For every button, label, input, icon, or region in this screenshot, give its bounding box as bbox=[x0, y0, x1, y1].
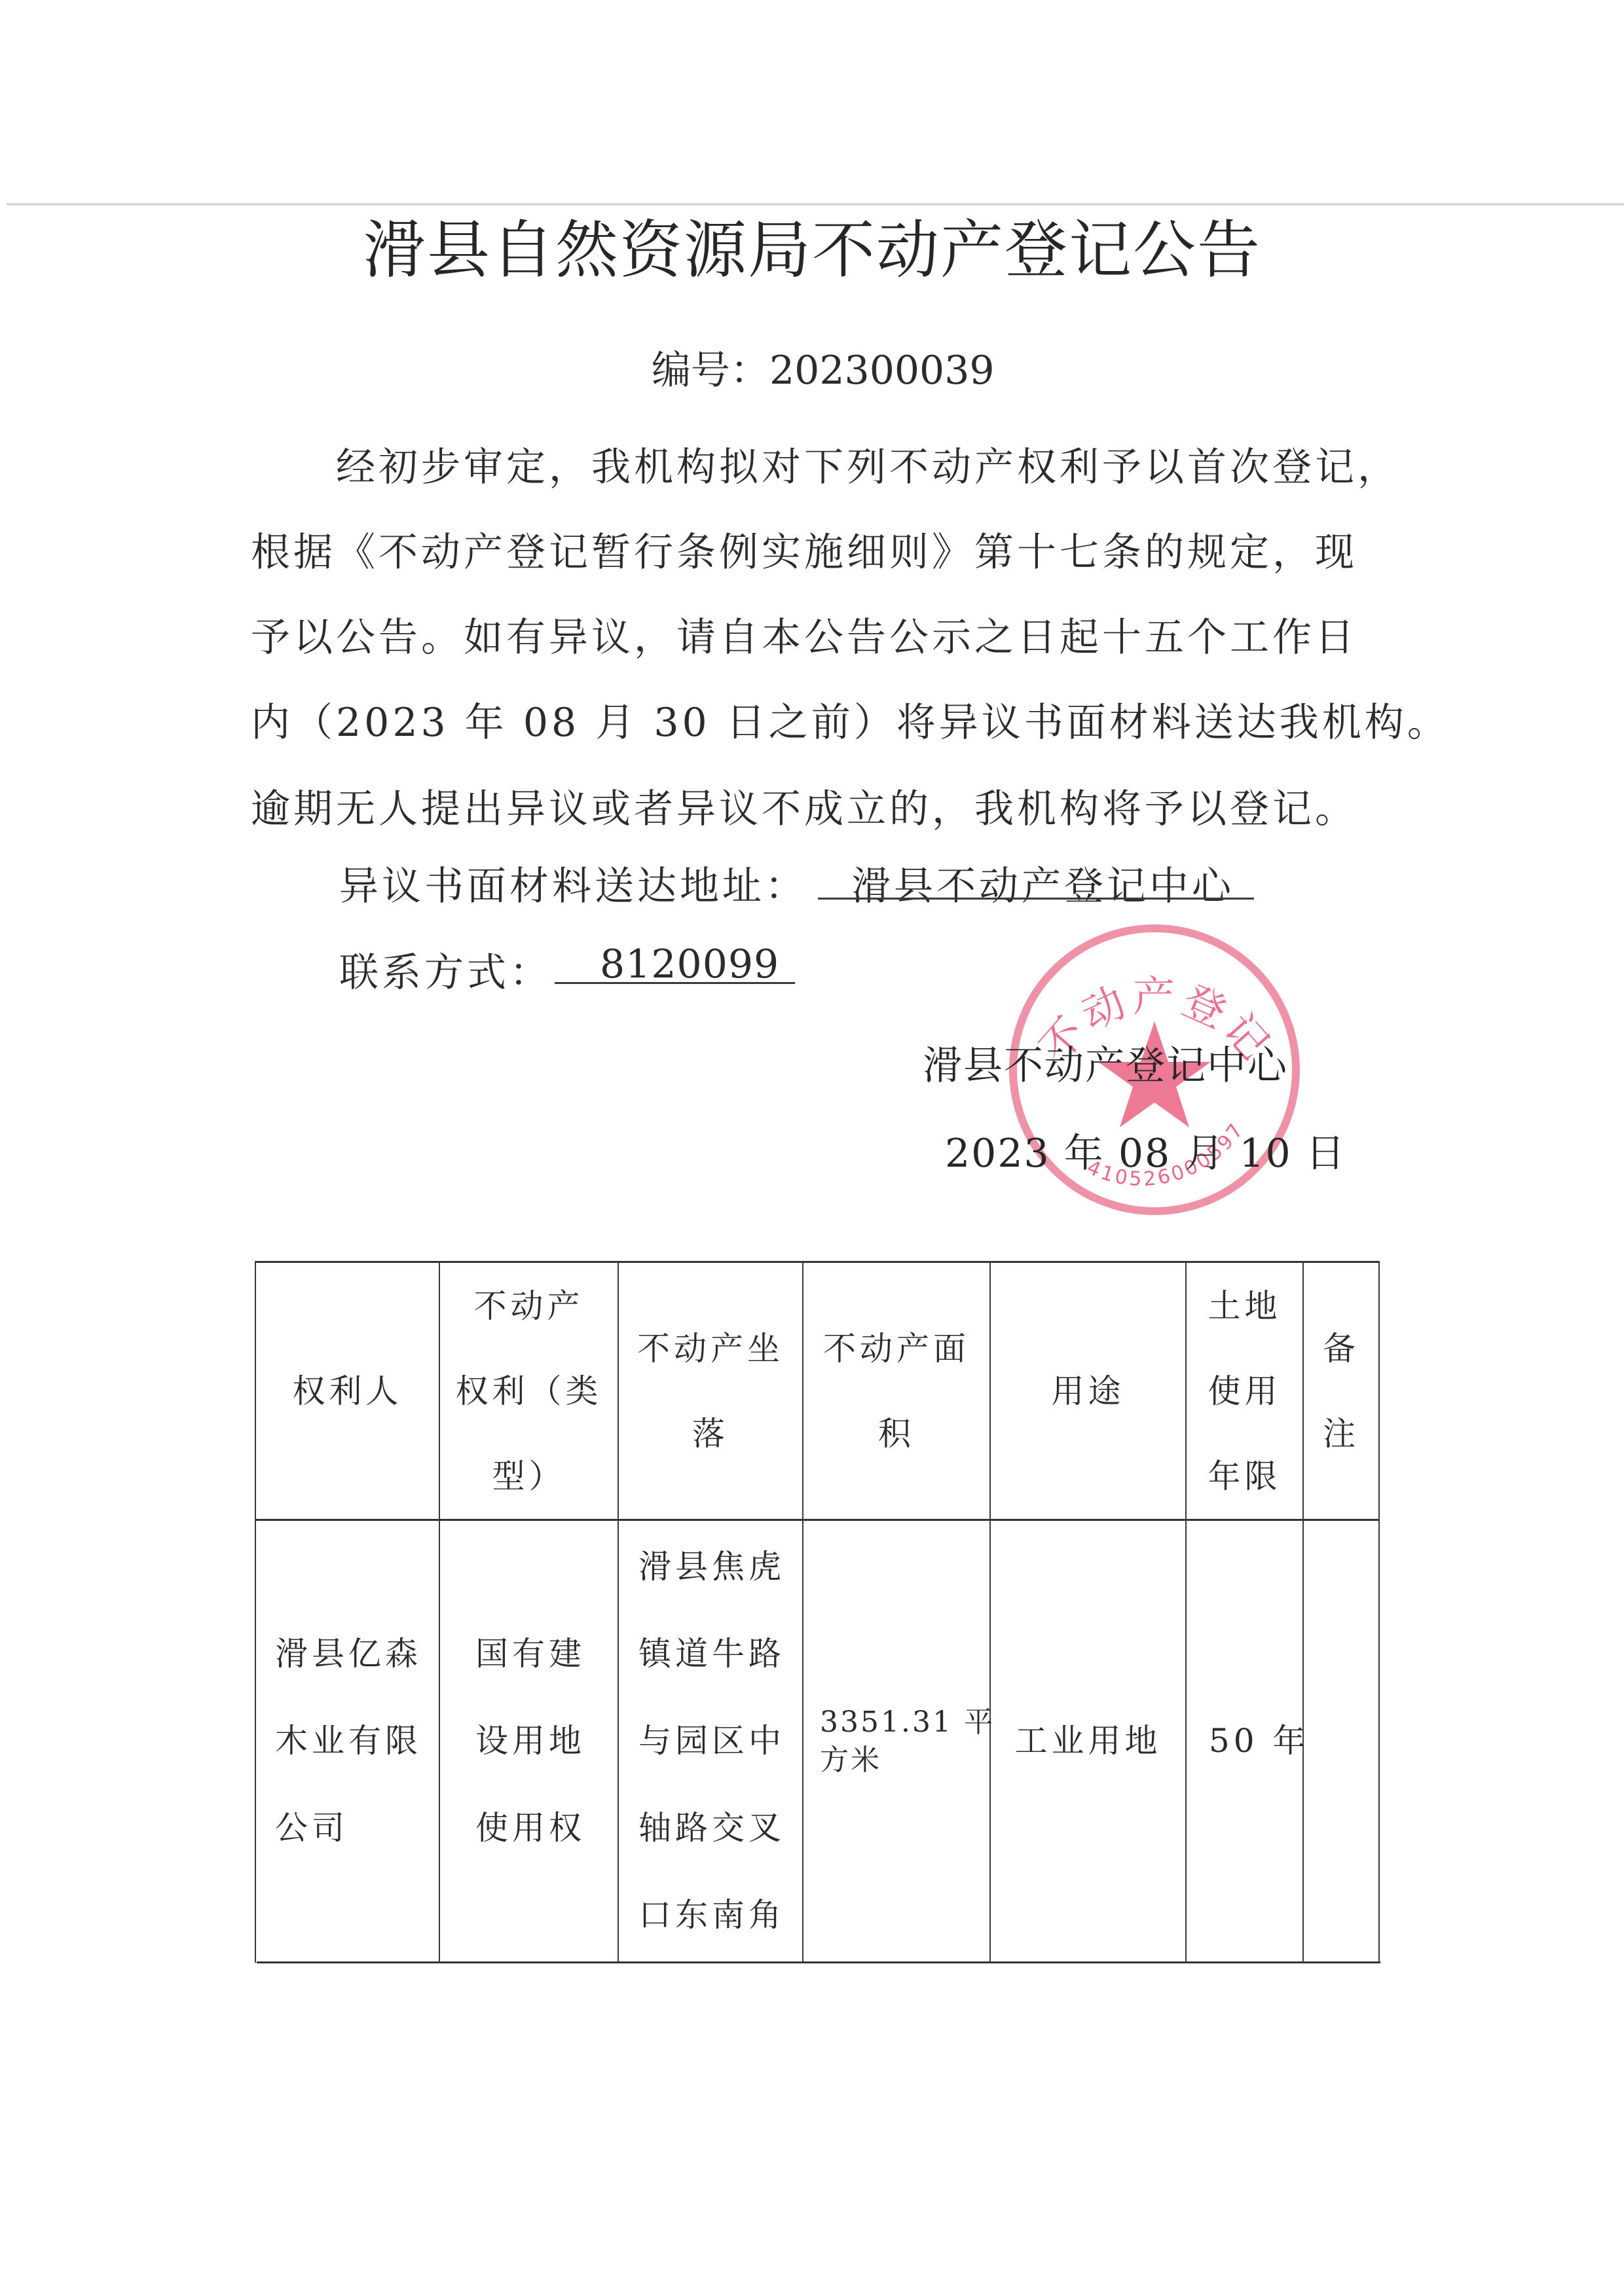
cell-right-type: 国有建 设用地 使用权 bbox=[475, 1521, 618, 1961]
header-remark: 备 注 bbox=[1304, 1263, 1378, 1519]
objection-address-value: 滑县不动产登记中心 bbox=[851, 855, 1234, 911]
cell-remark bbox=[1304, 1521, 1378, 1961]
header-usage: 用途 bbox=[991, 1263, 1185, 1519]
serial-value: 202300039 bbox=[769, 348, 995, 393]
cell-area: 3351.31 平 方米 bbox=[820, 1521, 989, 1961]
objection-address-label: 异议书面材料送达地址： bbox=[339, 855, 807, 911]
paragraph-line-4: 内（2023 年 08 月 30 日之前）将异议书面材料送达我机构。 bbox=[251, 691, 1450, 748]
paragraph-line-2: 根据《不动产登记暂行条例实施细则》第十七条的规定，现 bbox=[251, 521, 1357, 577]
cell-right-holder: 滑县亿森 木业有限 公司 bbox=[275, 1521, 439, 1961]
header-land-use-term: 土地 使用 年限 bbox=[1187, 1263, 1302, 1519]
header-right-holder: 权利人 bbox=[256, 1263, 439, 1519]
serial-number: 编号：202300039 bbox=[652, 339, 995, 395]
header-right-type: 不动产 权利（类 型） bbox=[440, 1263, 618, 1519]
address-underline bbox=[818, 898, 1254, 900]
table-col-line bbox=[1378, 1261, 1380, 1963]
paragraph-line-1: 经初步审定，我机构拟对下列不动产权利予以首次登记， bbox=[336, 436, 1400, 492]
header-location: 不动产坐 落 bbox=[619, 1263, 802, 1519]
contact-label: 联系方式： bbox=[339, 941, 552, 998]
signature-date: 2023 年 08 月 10 日 bbox=[945, 1122, 1346, 1178]
cell-usage: 工业用地 bbox=[991, 1521, 1185, 1961]
contact-underline bbox=[555, 982, 795, 984]
page-title: 滑县自然资源局不动产登记公告 bbox=[0, 200, 1624, 290]
table-border-bottom bbox=[257, 1961, 1380, 1963]
cell-term: 50 年 bbox=[1209, 1521, 1302, 1961]
contact-value: 8120099 bbox=[600, 941, 779, 987]
signature-organization: 滑县不动产登记中心 bbox=[923, 1034, 1288, 1091]
header-area: 不动产面 积 bbox=[803, 1263, 989, 1519]
cell-location: 滑县焦虎 镇道牛路 与园区中 轴路交叉 口东南角 bbox=[638, 1521, 802, 1961]
serial-label: 编号： bbox=[652, 348, 769, 393]
paragraph-line-3: 予以公告。如有异议，请自本公告公示之日起十五个工作日 bbox=[251, 606, 1357, 663]
paragraph-line-5: 逾期无人提出异议或者异议不成立的，我机构将予以登记。 bbox=[251, 778, 1357, 834]
